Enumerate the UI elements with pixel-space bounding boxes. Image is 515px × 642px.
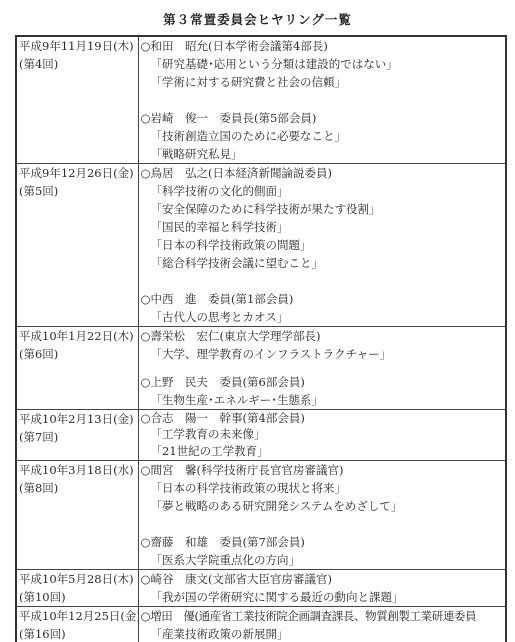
- date-cell: 平成9年12月26日(金) (第5回): [16, 164, 138, 327]
- content-cell: 合志 陽一 幹事(第4部会員) 「工学教育の未来像」 「21世紀の工学教育」: [138, 410, 506, 461]
- session-number: (第6回): [19, 345, 138, 363]
- session-number: (第7回): [19, 428, 138, 446]
- session-number: (第4回): [19, 55, 138, 73]
- topic: 「学術に対する研究費と社会の信頼」: [141, 73, 506, 91]
- date-cell: 平成10年2月13日(金) (第7回): [16, 410, 138, 461]
- topic: 「科学技術の文化的側面」: [141, 182, 506, 200]
- session-number: (第16回): [19, 625, 138, 642]
- content-cell: 鳥居 弘之(日本経済新聞論説委員) 「科学技術の文化的側面」 「安全保障のために…: [138, 164, 506, 327]
- session-date: 平成10年2月13日(金): [19, 410, 138, 428]
- session-number: (第10回): [19, 588, 138, 606]
- session-date: 平成10年3月18日(水): [19, 461, 138, 479]
- content-cell: 壽栄松 宏仁(東京大学理学部長) 「大学、理学教育のインフラストラクチャー」 上…: [138, 327, 506, 410]
- session-row: 平成10年5月28日(木) (第10回) 崎谷 康文(文部省大臣官房審議官) 「…: [16, 570, 506, 607]
- session-row: 平成10年12月25日(金) (第16回) 増田 優(通産省工業技術院企画調査課…: [16, 607, 506, 642]
- session-date: 平成9年11月19日(木): [19, 37, 138, 55]
- topic: 「21世紀の工学教育」: [141, 443, 506, 460]
- speaker-name: 中西 進 委員(第1部会員): [141, 290, 506, 308]
- topic: 「産業技術政策の新展開」: [141, 625, 506, 642]
- topic: 「大学、理学教育のインフラストラクチャー」: [141, 345, 506, 363]
- content-cell: 間宮 馨(科学技術庁長官官房審議官) 「日本の科学技術政策の現状と将来」 「夢と…: [138, 461, 506, 570]
- date-cell: 平成9年11月19日(木) (第4回): [16, 36, 138, 164]
- session-row: 平成9年12月26日(金) (第5回) 鳥居 弘之(日本経済新聞論説委員) 「科…: [16, 164, 506, 327]
- topic: 「技術創造立国のために必要なこと」: [141, 127, 506, 145]
- topic: 「総合科学技術会議に望むこと」: [141, 254, 506, 272]
- session-date: 平成9年12月26日(金): [19, 164, 138, 182]
- session-number: (第8回): [19, 479, 138, 497]
- session-date: 平成10年5月28日(木): [19, 570, 138, 588]
- speaker-name: 崎谷 康文(文部省大臣官房審議官): [141, 570, 506, 588]
- topic: 「医系大学院重点化の方向」: [141, 551, 506, 569]
- topic: 「工学教育の未来像」: [141, 426, 506, 443]
- content-cell: 崎谷 康文(文部省大臣官房審議官) 「我が国の学術研究に関する最近の動向と課題」: [138, 570, 506, 607]
- topic: 「生物生産･エネルギー･生態系」: [141, 391, 506, 409]
- topic: 「古代人の思考とカオス」: [141, 308, 506, 326]
- speaker-name: 壽栄松 宏仁(東京大学理学部長): [141, 327, 506, 345]
- topic: 「夢と戦略のある研究開発システムをめざして」: [141, 497, 506, 515]
- hearing-table: 平成9年11月19日(木) (第4回) 和田 昭允(日本学術会議第4部長) 「研…: [15, 35, 507, 642]
- content-cell: 和田 昭允(日本学術会議第4部長) 「研究基礎･応用という分類は建設的ではない」…: [138, 36, 506, 164]
- topic: 「日本の科学技術政策の問題」: [141, 236, 506, 254]
- date-cell: 平成10年1月22日(木) (第6回): [16, 327, 138, 410]
- topic: 「国民的幸福と科学技術」: [141, 218, 506, 236]
- session-number: (第5回): [19, 182, 138, 200]
- speaker-name: 増田 優(通産省工業技術院企画調査課長、物質創製工業研連委員: [141, 607, 506, 625]
- speaker-name: 間宮 馨(科学技術庁長官官房審議官): [141, 461, 506, 479]
- topic: 「研究基礎･応用という分類は建設的ではない」: [141, 55, 506, 73]
- date-cell: 平成10年5月28日(木) (第10回): [16, 570, 138, 607]
- session-row: 平成10年2月13日(金) (第7回) 合志 陽一 幹事(第4部会員) 「工学教…: [16, 410, 506, 461]
- speaker-name: 鳥居 弘之(日本経済新聞論説委員): [141, 164, 506, 182]
- topic: 「戦略研究私見」: [141, 145, 506, 163]
- session-date: 平成10年12月25日(金): [19, 607, 138, 625]
- session-row: 平成10年1月22日(木) (第6回) 壽栄松 宏仁(東京大学理学部長) 「大学…: [16, 327, 506, 410]
- speaker-name: 上野 民夫 委員(第6部会員): [141, 373, 506, 391]
- date-cell: 平成10年12月25日(金) (第16回): [16, 607, 138, 642]
- speaker-name: 和田 昭允(日本学術会議第4部長): [141, 37, 506, 55]
- topic: 「安全保障のために科学技術が果たす役割」: [141, 200, 506, 218]
- content-cell: 増田 優(通産省工業技術院企画調査課長、物質創製工業研連委員 「産業技術政策の新…: [138, 607, 506, 642]
- topic: 「我が国の学術研究に関する最近の動向と課題」: [141, 588, 506, 606]
- topic: 「日本の科学技術政策の現状と将来」: [141, 479, 506, 497]
- speaker-name: 合志 陽一 幹事(第4部会員): [141, 410, 506, 426]
- document-title: 第３常置委員会ヒヤリング一覧: [0, 10, 515, 28]
- session-row: 平成10年3月18日(水) (第8回) 間宮 馨(科学技術庁長官官房審議官) 「…: [16, 461, 506, 570]
- session-date: 平成10年1月22日(木): [19, 327, 138, 345]
- speaker-name: 齋藤 和雄 委員(第7部会員): [141, 533, 506, 551]
- speaker-name: 岩崎 俊一 委員長(第5部会員): [141, 109, 506, 127]
- date-cell: 平成10年3月18日(水) (第8回): [16, 461, 138, 570]
- session-row: 平成9年11月19日(木) (第4回) 和田 昭允(日本学術会議第4部長) 「研…: [16, 36, 506, 164]
